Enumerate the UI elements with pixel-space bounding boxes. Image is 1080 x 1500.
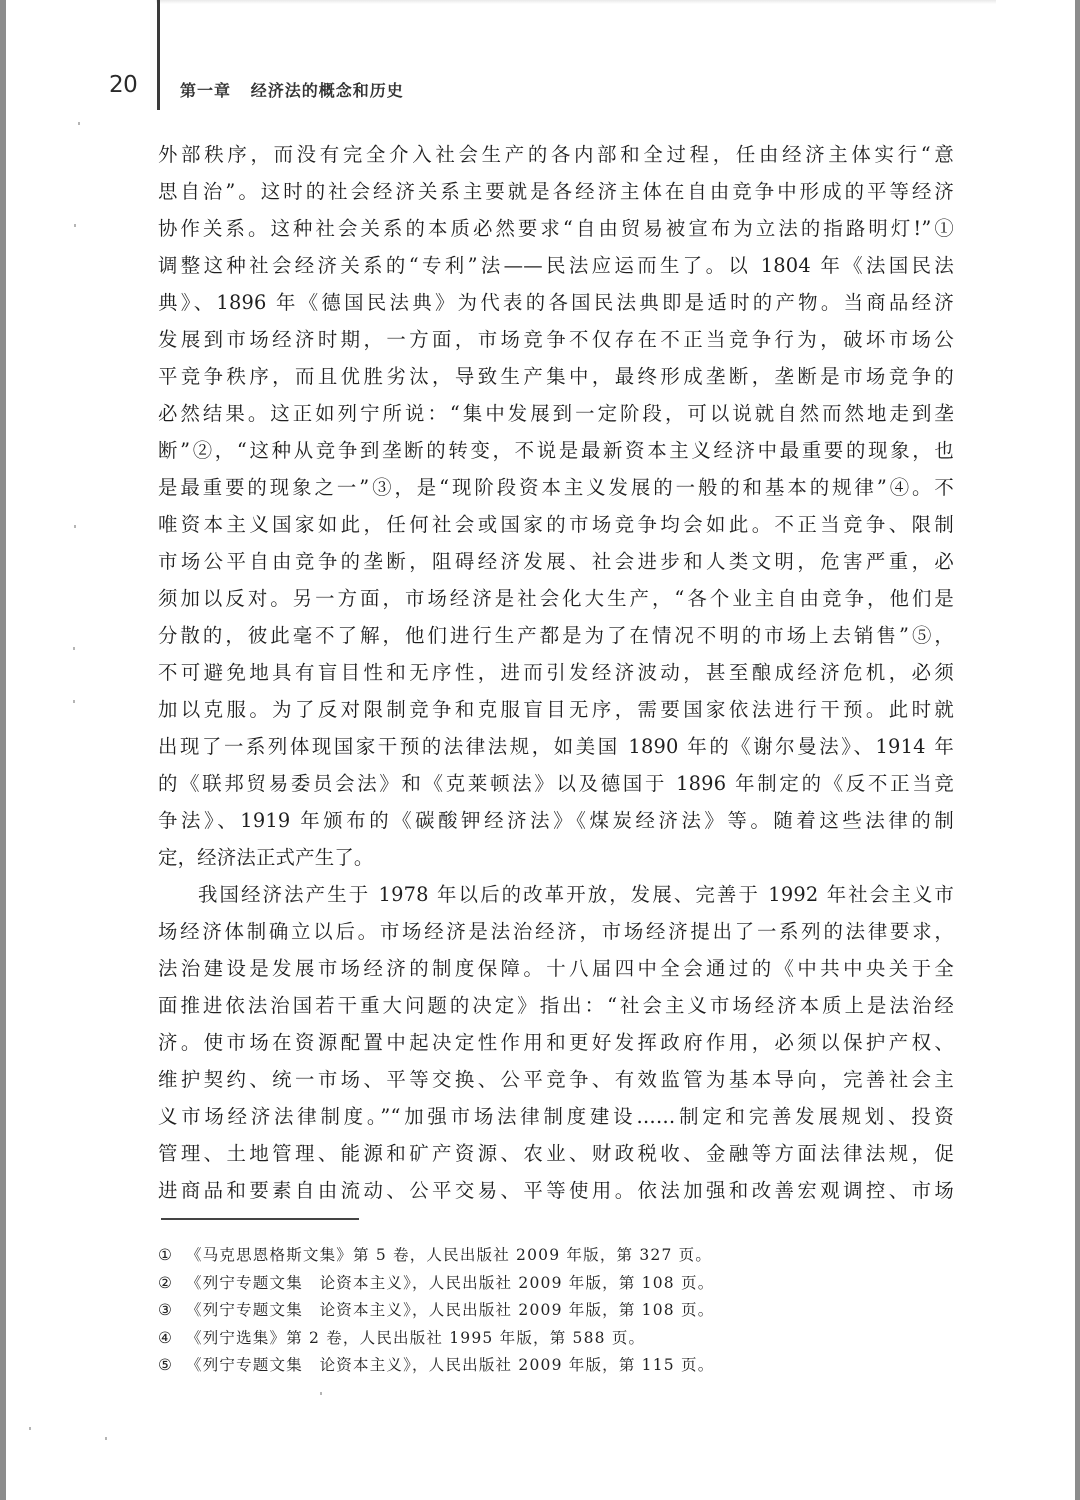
text-line: 我国经济法产生于 1978 年以后的改革开放，发展、完善于 1992 年社会主义… [158,876,954,913]
text-line: 面推进依法治国若干重大问题的决定》指出：“社会主义市场经济本质上是法治经 [158,987,954,1024]
text-line: 协作关系。这种社会关系的本质必然要求“自由贸易被宣布为立法的指路明灯!”① [158,210,954,247]
text-line: 必然结果。这正如列宁所说：“集中发展到一定阶段，可以说就自然而然地走到垄 [158,395,954,432]
footnote-marker: ⑤ [158,1352,186,1380]
scan-speck [320,1392,322,1395]
page-number: 20 [109,72,137,98]
top-edge-shadow [156,0,996,4]
footnote-text: 《列宁选集》第 2 卷，人民出版社 1995 年版，第 588 页。 [186,1329,645,1347]
text-line: 义市场经济法律制度。”“加强市场法律制度建设……制定和完善发展规划、投资 [158,1098,954,1135]
text-line: 管理、土地管理、能源和矿产资源、农业、财政税收、金融等方面法律法规，促 [158,1135,954,1172]
footnote-marker: ④ [158,1325,186,1353]
footnote-separator [161,1218,359,1220]
text-line: 断”②，“这种从竞争到垄断的转变，不说是最新资本主义经济中最重要的现象，也 [158,432,954,469]
scan-speck [78,122,80,125]
scan-speck [74,224,76,227]
text-line: 调整这种社会经济关系的“专利”法——民法应运而生了。以 1804 年《法国民法 [158,247,954,284]
text-line: 加以克服。为了反对限制竞争和克服盲目无序，需要国家依法进行干预。此时就 [158,691,954,728]
book-page: 20 第一章 经济法的概念和历史 外部秩序，而没有完全介入社会生产的各内部和全过… [6,0,1075,1500]
text-line: 思自治”。这时的社会经济关系主要就是各经济主体在自由竞争中形成的平等经济 [158,173,954,210]
footnotes: ①《马克思恩格斯文集》第 5 卷，人民出版社 2009 年版，第 327 页。 … [158,1242,778,1380]
scan-speck [74,525,76,528]
scan-speck [105,1437,107,1440]
scan-speck [73,700,75,703]
footnote-marker: ③ [158,1297,186,1325]
footnote-text: 《列宁专题文集 论资本主义》，人民出版社 2009 年版，第 108 页。 [186,1274,714,1292]
text-line: 是最重要的现象之一”③，是“现阶段资本主义发展的一般的和基本的规律”④。不 [158,469,954,506]
footnote-4: ④《列宁选集》第 2 卷，人民出版社 1995 年版，第 588 页。 [158,1325,778,1353]
text-line: 出现了一系列体现国家干预的法律法规，如美国 1890 年的《谢尔曼法》、1914… [158,728,954,765]
footnote-3: ③《列宁专题文集 论资本主义》，人民出版社 2009 年版，第 108 页。 [158,1297,778,1325]
text-line: 外部秩序，而没有完全介入社会生产的各内部和全过程，任由经济主体实行“意 [158,136,954,173]
footnote-2: ②《列宁专题文集 论资本主义》，人民出版社 2009 年版，第 108 页。 [158,1270,778,1298]
scan-speck [73,647,75,650]
text-line: 须加以反对。另一方面，市场经济是社会化大生产，“各个业主自由竞争，他们是 [158,580,954,617]
footnote-marker: ① [158,1242,186,1270]
text-line: 维护契约、统一市场、平等交换、公平竞争、有效监管为基本导向，完善社会主 [158,1061,954,1098]
footnote-marker: ② [158,1270,186,1298]
footnote-text: 《列宁专题文集 论资本主义》，人民出版社 2009 年版，第 115 页。 [186,1356,714,1374]
text-line: 法治建设是发展市场经济的制度保障。十八届四中全会通过的《中共中央关于全 [158,950,954,987]
footnote-5: ⑤《列宁专题文集 论资本主义》，人民出版社 2009 年版，第 115 页。 [158,1352,778,1380]
footnote-text: 《列宁专题文集 论资本主义》，人民出版社 2009 年版，第 108 页。 [186,1301,714,1319]
text-line: 发展到市场经济时期，一方面，市场竞争不仅存在不正当竞争行为，破坏市场公 [158,321,954,358]
text-line: 进商品和要素自由流动、公平交易、平等使用。依法加强和改善宏观调控、市场 [158,1172,954,1209]
text-line: 典》、1896 年《德国民法典》为代表的各国民法典即是适时的产物。当商品经济 [158,284,954,321]
scan-speck [29,1427,31,1430]
text-line: 争法》、1919 年颁布的《碳酸钾经济法》《煤炭经济法》等。随着这些法律的制 [158,802,954,839]
running-head: 第一章 经济法的概念和历史 [180,78,404,101]
footnote-1: ①《马克思恩格斯文集》第 5 卷，人民出版社 2009 年版，第 327 页。 [158,1242,778,1270]
footnote-text: 《马克思恩格斯文集》第 5 卷，人民出版社 2009 年版，第 327 页。 [186,1246,712,1264]
text-line: 平竞争秩序，而且优胜劣汰，导致生产集中，最终形成垄断，垄断是市场竞争的 [158,358,954,395]
text-line: 唯资本主义国家如此，任何社会或国家的市场竞争均会如此。不正当竞争、限制 [158,506,954,543]
text-line: 市场公平自由竞争的垄断，阻碍经济发展、社会进步和人类文明，危害严重，必 [158,543,954,580]
text-line: 定，经济法正式产生了。 [158,839,954,876]
text-line: 分散的，彼此毫不了解，他们进行生产都是为了在情况不明的市场上去销售”⑤， [158,617,954,654]
text-line: 的《联邦贸易委员会法》和《克莱顿法》以及德国于 1896 年制定的《反不正当竞 [158,765,954,802]
header-vertical-rule [157,0,160,110]
text-line: 不可避免地具有盲目性和无序性，进而引发经济波动，甚至酿成经济危机，必须 [158,654,954,691]
body-text: 外部秩序，而没有完全介入社会生产的各内部和全过程，任由经济主体实行“意 思自治”… [158,136,954,1209]
text-line: 场经济体制确立以后。市场经济是法治经济，市场经济提出了一系列的法律要求， [158,913,954,950]
text-line: 济。使市场在资源配置中起决定性作用和更好发挥政府作用，必须以保护产权、 [158,1024,954,1061]
